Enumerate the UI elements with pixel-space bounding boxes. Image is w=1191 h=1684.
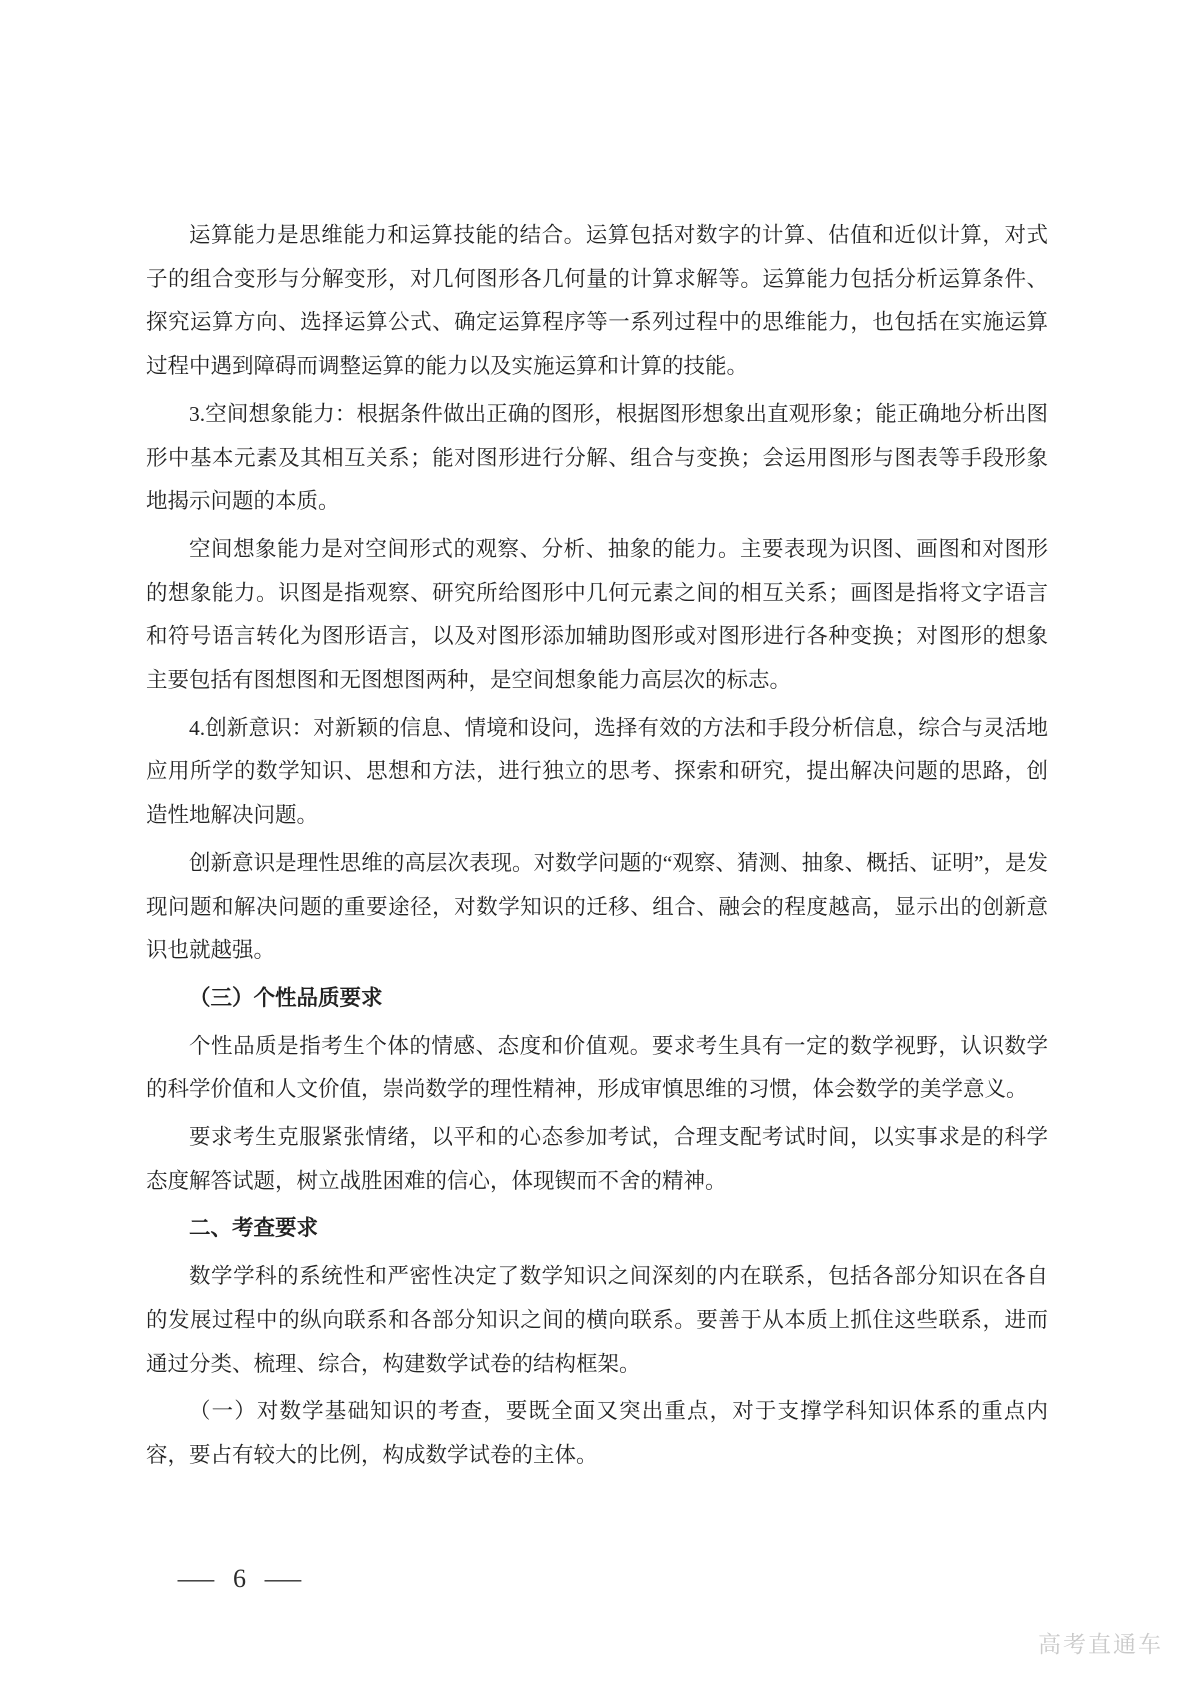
page-body: 运算能力是思维能力和运算技能的结合。运算包括对数字的计算、估值和近似计算，对式子… — [146, 214, 1048, 1478]
heading-personality-quality-requirements: （三）个性品质要求 — [146, 973, 1048, 1021]
paragraph-spatial-imagination-definition: 3.空间想象能力：根据条件做出正确的图形，根据图形想象出直观形象；能正确地分析出… — [146, 389, 1048, 524]
page-number-value: 6 — [233, 1564, 246, 1594]
document-page: 运算能力是思维能力和运算技能的结合。运算包括对数字的计算、估值和近似计算，对式子… — [0, 0, 1191, 1684]
paragraph-spatial-imagination-detail: 空间想象能力是对空间形式的观察、分析、抽象的能力。主要表现为识图、画图和对图形的… — [146, 524, 1048, 703]
paragraph-personality-quality-1: 个性品质是指考生个体的情感、态度和价值观。要求考生具有一定的数学视野，认识数学的… — [146, 1021, 1048, 1112]
paragraph-exam-requirements-overview: 数学学科的系统性和严密性决定了数学知识之间深刻的内在联系，包括各部分知识在各自的… — [146, 1251, 1048, 1386]
page-number-dash-right: — — [265, 1564, 301, 1594]
paragraph-innovation-definition: 4.创新意识：对新颖的信息、情境和设问，选择有效的方法和手段分析信息，综合与灵活… — [146, 703, 1048, 838]
page-number-dash-left: — — [178, 1564, 214, 1594]
page-number: — 6 — — [183, 1564, 296, 1594]
watermark-text: 高考直通车 — [1038, 1626, 1163, 1659]
paragraph-operation-ability: 运算能力是思维能力和运算技能的结合。运算包括对数字的计算、估值和近似计算，对式子… — [146, 214, 1048, 389]
heading-examination-requirements: 二、考查要求 — [146, 1203, 1048, 1251]
paragraph-basic-knowledge-examination: （一）对数学基础知识的考查，要既全面又突出重点，对于支撑学科知识体系的重点内容，… — [146, 1386, 1048, 1477]
paragraph-innovation-detail: 创新意识是理性思维的高层次表现。对数学问题的“观察、猜测、抽象、概括、证明”，是… — [146, 838, 1048, 973]
paragraph-personality-quality-2: 要求考生克服紧张情绪，以平和的心态参加考试，合理支配考试时间，以实事求是的科学态… — [146, 1112, 1048, 1203]
